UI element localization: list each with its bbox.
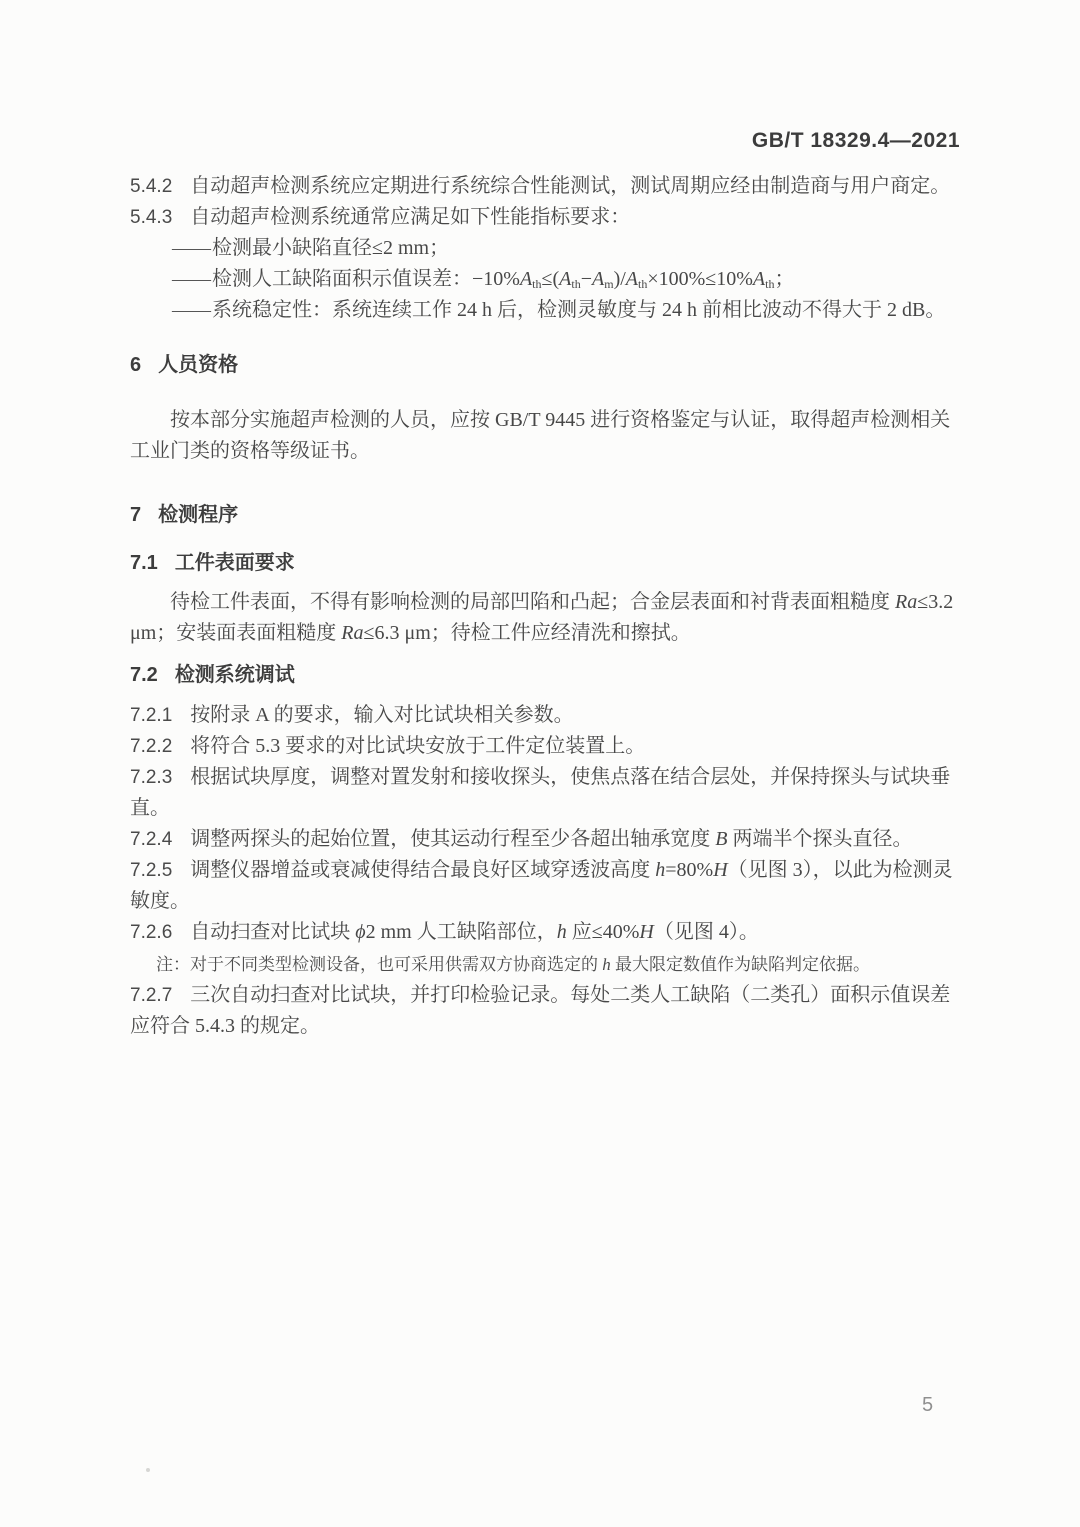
clause-7-2-6: 7.2.6自动扫查对比试块 ϕ2 mm 人工缺陷部位，h 应≤40%H（见图 4…	[130, 917, 960, 948]
clause-number: 5.4.3	[130, 207, 172, 228]
clause-text: 调整仪器增益或衰减使得结合最良好区域穿透波高度 h=80%H（见图 3），以此为…	[130, 859, 953, 912]
clause-text: 按附录 A 的要求，输入对比试块相关参数。	[190, 704, 573, 726]
clause-7-2-7: 7.2.7三次自动扫查对比试块，并打印检验记录。每处二类人工缺陷（二类孔）面积示…	[130, 980, 960, 1042]
clause-5-4-2: 5.4.2自动超声检测系统应定期进行系统综合性能测试，测试周期应经由制造商与用户…	[130, 171, 960, 202]
subsection-number: 7.2	[130, 664, 158, 686]
scan-artifact-dot	[146, 1468, 150, 1472]
section-title: 人员资格	[158, 354, 238, 376]
standard-number: GB/T 18329.4—2021	[752, 129, 960, 152]
section-title: 检测程序	[158, 504, 238, 526]
clause-7-2-1: 7.2.1按附录 A 的要求，输入对比试块相关参数。	[130, 700, 960, 731]
clause-number: 7.2.2	[130, 736, 172, 757]
subsection-title: 工件表面要求	[175, 552, 295, 574]
clause-number: 7.2.1	[130, 705, 172, 726]
dash-item-text: 检测最小缺陷直径≤2 mm；	[212, 237, 449, 259]
clause-number: 7.2.3	[130, 767, 172, 788]
clause-5-4-3: 5.4.3自动超声检测系统通常应满足如下性能指标要求：	[130, 202, 960, 233]
page-header: GB/T 18329.4—2021	[130, 128, 960, 154]
note-7-2-6: 注：对于不同类型检测设备，也可采用供需双方协商选定的 h 最大限定数值作为缺陷判…	[130, 952, 960, 978]
section-6-heading: 6人员资格	[130, 350, 960, 381]
clause-text: 自动扫查对比试块 ϕ2 mm 人工缺陷部位，h 应≤40%H（见图 4）。	[190, 921, 759, 943]
section-7-heading: 7检测程序	[130, 500, 960, 531]
subsection-number: 7.1	[130, 552, 158, 574]
clause-text: 自动超声检测系统应定期进行系统综合性能测试，测试周期应经由制造商与用户商定。	[190, 175, 950, 197]
clause-text: 自动超声检测系统通常应满足如下性能指标要求：	[190, 206, 630, 228]
clause-7-2-5: 7.2.5调整仪器增益或衰减使得结合最良好区域穿透波高度 h=80%H（见图 3…	[130, 855, 960, 917]
clause-number: 5.4.2	[130, 176, 172, 197]
clause-number: 7.2.5	[130, 860, 172, 881]
paragraph-surface-requirements: 待检工件表面，不得有影响检测的局部凹陷和凸起；合金层表面和衬背表面粗糙度 Ra≤…	[130, 587, 960, 649]
clause-text: 将符合 5.3 要求的对比试块安放于工件定位装置上。	[190, 735, 645, 757]
paragraph-personnel-qualification: 按本部分实施超声检测的人员，应按 GB/T 9445 进行资格鉴定与认证，取得超…	[130, 405, 960, 467]
clause-number: 7.2.4	[130, 829, 172, 850]
dash-marker: ——	[172, 299, 210, 321]
clause-text: 调整两探头的起始位置，使其运动行程至少各超出轴承宽度 B 两端半个探头直径。	[190, 828, 912, 850]
clause-7-2-2: 7.2.2将符合 5.3 要求的对比试块安放于工件定位装置上。	[130, 731, 960, 762]
dash-item-stability: ——系统稳定性：系统连续工作 24 h 后，检测灵敏度与 24 h 前相比波动不…	[130, 295, 960, 326]
dash-item-text: 系统稳定性：系统连续工作 24 h 后，检测灵敏度与 24 h 前相比波动不得大…	[212, 299, 945, 321]
clause-number: 7.2.6	[130, 922, 172, 943]
section-number: 6	[130, 354, 141, 376]
clause-7-2-3: 7.2.3根据试块厚度，调整对置发射和接收探头，使焦点落在结合层处，并保持探头与…	[130, 762, 960, 824]
clause-text: 三次自动扫查对比试块，并打印检验记录。每处二类人工缺陷（二类孔）面积示值误差应符…	[130, 984, 950, 1037]
clause-7-2-4: 7.2.4调整两探头的起始位置，使其运动行程至少各超出轴承宽度 B 两端半个探头…	[130, 824, 960, 855]
dash-marker: ——	[172, 237, 210, 259]
dash-marker: ——	[172, 268, 210, 290]
subsection-7-1-heading: 7.1工件表面要求	[130, 548, 960, 579]
clause-text: 根据试块厚度，调整对置发射和接收探头，使焦点落在结合层处，并保持探头与试块垂直。	[130, 766, 950, 819]
subsection-title: 检测系统调试	[175, 664, 295, 686]
dash-item-text: 检测人工缺陷面积示值误差：−10%Ath≤(Ath−Am)/Ath×100%≤1…	[212, 268, 794, 290]
document-page: GB/T 18329.4—2021 5.4.2自动超声检测系统应定期进行系统综合…	[0, 0, 1080, 1527]
clause-number: 7.2.7	[130, 985, 172, 1006]
section-number: 7	[130, 504, 141, 526]
dash-item-min-defect: ——检测最小缺陷直径≤2 mm；	[130, 233, 960, 264]
dash-item-area-error: ——检测人工缺陷面积示值误差：−10%Ath≤(Ath−Am)/Ath×100%…	[130, 264, 960, 295]
page-number: 5	[922, 1393, 933, 1417]
subsection-7-2-heading: 7.2检测系统调试	[130, 660, 960, 691]
